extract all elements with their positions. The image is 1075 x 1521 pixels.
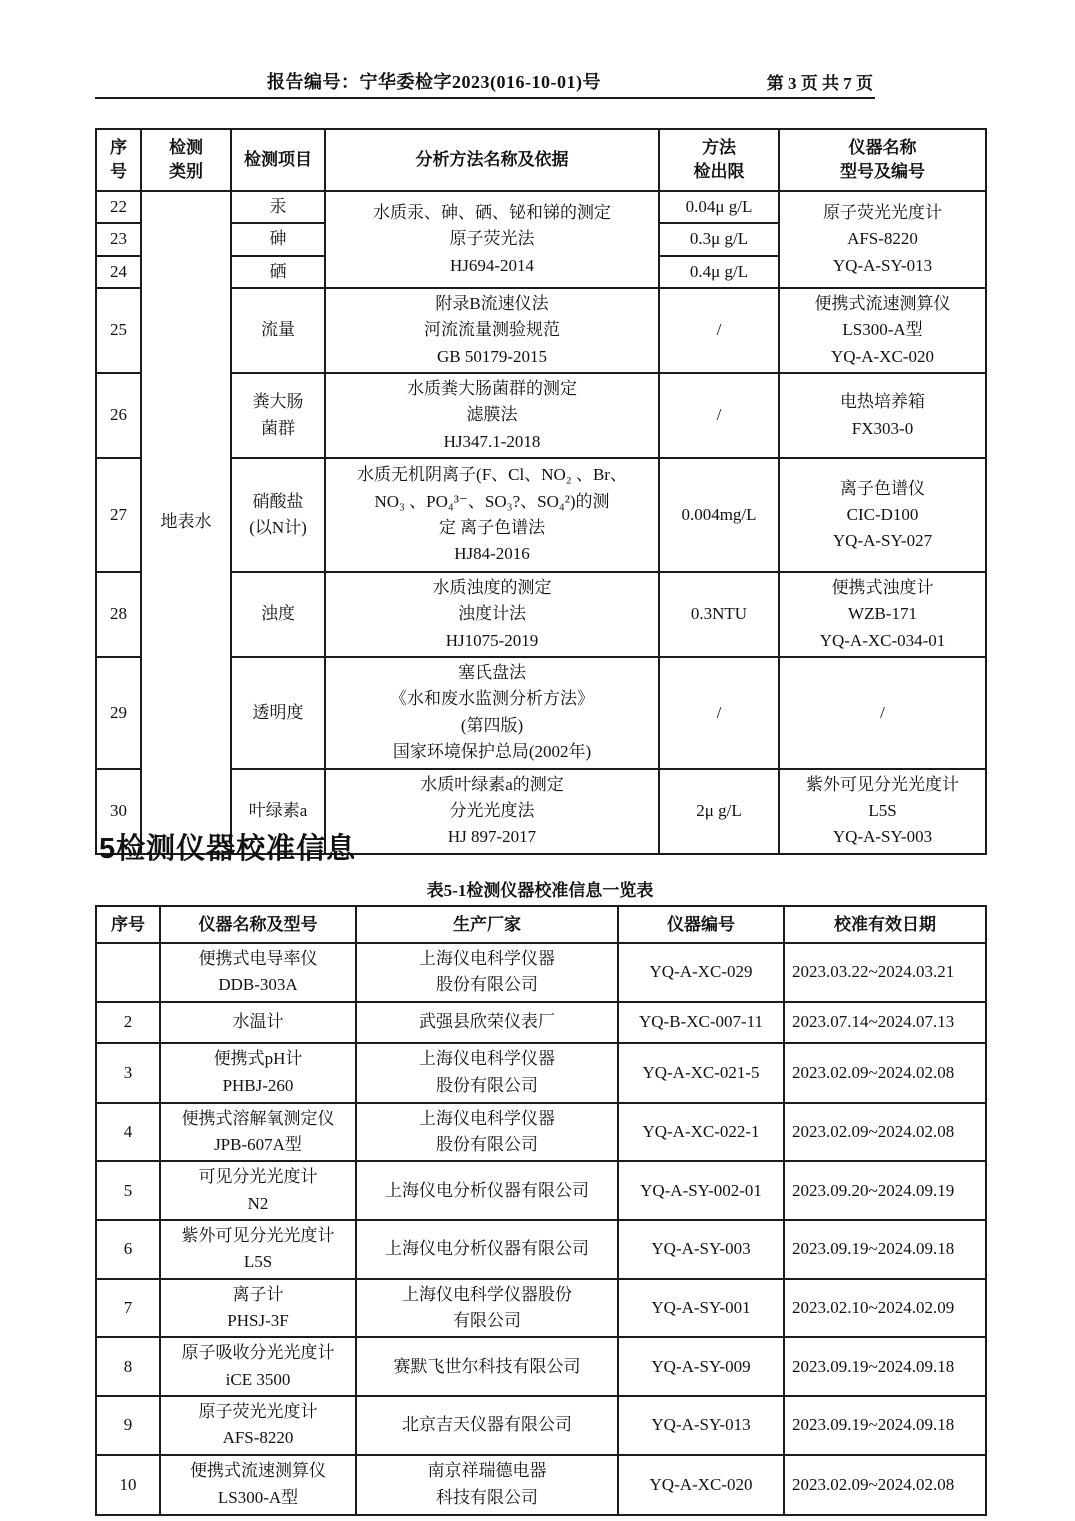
- cell-manufacturer: 武强县欣荣仪表厂: [356, 1002, 618, 1043]
- cell-no: 8: [96, 1337, 160, 1396]
- cell-valid-date: 2023.02.10~2024.02.09: [784, 1279, 986, 1338]
- cell-serial: YQ-A-SY-002-01: [618, 1161, 784, 1220]
- col-header-limit: 方法 检出限: [659, 129, 779, 191]
- cell-serial: YQ-B-XC-007-11: [618, 1002, 784, 1043]
- table-header-row: 序 号 检测 类别 检测项目 分析方法名称及依据 方法 检出限 仪器名称 型号及…: [96, 129, 986, 191]
- table-header-row: 序号 仪器名称及型号 生产厂家 仪器编号 校准有效日期: [96, 906, 986, 943]
- cell-instrument-name: 便携式pH计 PHBJ-260: [160, 1043, 356, 1103]
- cell-instrument: 电热培养箱 FX303-0: [779, 373, 986, 458]
- cell-method: 水质无机阴离子(F、Cl、NO₂ 、Br、 NO₃ 、PO₄³⁻、SO₃?、SO…: [325, 458, 659, 572]
- cell-serial: YQ-A-SY-003: [618, 1220, 784, 1279]
- table-row-2: 2 水温计 武强县欣荣仪表厂 YQ-B-XC-007-11 2023.07.14…: [96, 1002, 986, 1043]
- cell-serial: YQ-A-SY-009: [618, 1337, 784, 1396]
- cell-limit: 0.3NTU: [659, 572, 779, 657]
- cell-limit: /: [659, 657, 779, 768]
- cell-manufacturer: 上海仪电分析仪器有限公司: [356, 1161, 618, 1220]
- col-header-no: 序号: [96, 906, 160, 943]
- calibration-table: 序号 仪器名称及型号 生产厂家 仪器编号 校准有效日期 便携式电导率仪 DDB-…: [95, 905, 987, 1516]
- cell-method: 附录B流速仪法 河流流量测验规范 GB 50179-2015: [325, 288, 659, 373]
- cell-no: 29: [96, 657, 141, 768]
- detection-method-table: 序 号 检测 类别 检测项目 分析方法名称及依据 方法 检出限 仪器名称 型号及…: [95, 128, 987, 855]
- cell-limit: 0.04μ g/L: [659, 191, 779, 223]
- cell-no: 10: [96, 1455, 160, 1515]
- cell-instrument-name: 水温计: [160, 1002, 356, 1043]
- cell-instrument-name: 原子吸收分光光度计 iCE 3500: [160, 1337, 356, 1396]
- cell-valid-date: 2023.02.09~2024.02.08: [784, 1103, 986, 1162]
- table-row-9: 9 原子荧光光度计 AFS-8220 北京吉天仪器有限公司 YQ-A-SY-01…: [96, 1396, 986, 1455]
- cell-no: 5: [96, 1161, 160, 1220]
- cell-instrument-name: 离子计 PHSJ-3F: [160, 1279, 356, 1338]
- table-row-1: 便携式电导率仪 DDB-303A 上海仪电科学仪器 股份有限公司 YQ-A-XC…: [96, 943, 986, 1002]
- cell-limit: 2μ g/L: [659, 769, 779, 854]
- cell-item: 浊度: [231, 572, 325, 657]
- cell-instrument-name: 便携式溶解氧测定仪 JPB-607A型: [160, 1103, 356, 1162]
- cell-instrument: 原子荧光光度计 AFS-8220 YQ-A-SY-013: [779, 191, 986, 288]
- cell-serial: YQ-A-SY-013: [618, 1396, 784, 1455]
- cell-limit: 0.004mg/L: [659, 458, 779, 572]
- cell-no: 6: [96, 1220, 160, 1279]
- table-row-7: 7 离子计 PHSJ-3F 上海仪电科学仪器股份 有限公司 YQ-A-SY-00…: [96, 1279, 986, 1338]
- report-page: 报告编号：宁华委检字2023(016-10-01)号 第 3 页 共 7 页 序…: [0, 0, 1075, 1521]
- cell-no: 23: [96, 223, 141, 255]
- cell-serial: YQ-A-XC-029: [618, 943, 784, 1002]
- cell-valid-date: 2023.02.09~2024.02.08: [784, 1455, 986, 1515]
- cell-item: 汞: [231, 191, 325, 223]
- cell-item: 透明度: [231, 657, 325, 768]
- cell-instrument-name: 便携式流速测算仪 LS300-A型: [160, 1455, 356, 1515]
- cell-no: 27: [96, 458, 141, 572]
- cell-limit: 0.4μ g/L: [659, 256, 779, 288]
- cell-manufacturer: 上海仪电科学仪器 股份有限公司: [356, 1043, 618, 1103]
- cell-manufacturer: 上海仪电分析仪器有限公司: [356, 1220, 618, 1279]
- cell-item: 流量: [231, 288, 325, 373]
- col-header-method: 分析方法名称及依据: [325, 129, 659, 191]
- cell-no: 4: [96, 1103, 160, 1162]
- cell-valid-date: 2023.02.09~2024.02.08: [784, 1043, 986, 1103]
- col-header-instrument-name: 仪器名称及型号: [160, 906, 356, 943]
- cell-method: 水质叶绿素a的测定 分光光度法 HJ 897-2017: [325, 769, 659, 854]
- cell-valid-date: 2023.07.14~2024.07.13: [784, 1002, 986, 1043]
- cell-manufacturer: 上海仪电科学仪器 股份有限公司: [356, 943, 618, 1002]
- table-row-3: 3 便携式pH计 PHBJ-260 上海仪电科学仪器 股份有限公司 YQ-A-X…: [96, 1043, 986, 1103]
- col-header-manufacturer: 生产厂家: [356, 906, 618, 943]
- cell-category: 地表水: [141, 191, 231, 854]
- cell-manufacturer: 北京吉天仪器有限公司: [356, 1396, 618, 1455]
- cell-serial: YQ-A-XC-022-1: [618, 1103, 784, 1162]
- cell-valid-date: 2023.03.22~2024.03.21: [784, 943, 986, 1002]
- cell-method: 水质汞、砷、硒、铋和锑的测定 原子荧光法 HJ694-2014: [325, 191, 659, 288]
- cell-serial: YQ-A-XC-021-5: [618, 1043, 784, 1103]
- cell-no: 24: [96, 256, 141, 288]
- cell-no: 2: [96, 1002, 160, 1043]
- cell-instrument-name: 可见分光光度计 N2: [160, 1161, 356, 1220]
- cell-valid-date: 2023.09.19~2024.09.18: [784, 1337, 986, 1396]
- cell-no: [96, 943, 160, 1002]
- cell-serial: YQ-A-XC-020: [618, 1455, 784, 1515]
- col-header-category: 检测 类别: [141, 129, 231, 191]
- table-row-4: 4 便携式溶解氧测定仪 JPB-607A型 上海仪电科学仪器 股份有限公司 YQ…: [96, 1103, 986, 1162]
- col-header-serial: 仪器编号: [618, 906, 784, 943]
- page-header: 报告编号：宁华委检字2023(016-10-01)号 第 3 页 共 7 页: [95, 60, 875, 99]
- cell-no: 9: [96, 1396, 160, 1455]
- cell-limit: 0.3μ g/L: [659, 223, 779, 255]
- cell-serial: YQ-A-SY-001: [618, 1279, 784, 1338]
- cell-item: 砷: [231, 223, 325, 255]
- cell-valid-date: 2023.09.19~2024.09.18: [784, 1396, 986, 1455]
- cell-method: 水质粪大肠菌群的测定 滤膜法 HJ347.1-2018: [325, 373, 659, 458]
- table-caption: 表5-1检测仪器校准信息一览表: [95, 876, 985, 901]
- col-header-no: 序 号: [96, 129, 141, 191]
- table-row-10: 10 便携式流速测算仪 LS300-A型 南京祥瑞德电器 科技有限公司 YQ-A…: [96, 1455, 986, 1515]
- cell-valid-date: 2023.09.20~2024.09.19: [784, 1161, 986, 1220]
- cell-instrument: /: [779, 657, 986, 768]
- cell-instrument: 离子色谱仪 CIC-D100 YQ-A-SY-027: [779, 458, 986, 572]
- table-row-5: 5 可见分光光度计 N2 上海仪电分析仪器有限公司 YQ-A-SY-002-01…: [96, 1161, 986, 1220]
- cell-instrument-name: 紫外可见分光光度计 L5S: [160, 1220, 356, 1279]
- cell-limit: /: [659, 288, 779, 373]
- cell-item: 粪大肠 菌群: [231, 373, 325, 458]
- cell-item: 硒: [231, 256, 325, 288]
- col-header-valid-date: 校准有效日期: [784, 906, 986, 943]
- page-number: 第 3 页 共 7 页: [767, 69, 873, 94]
- col-header-instrument: 仪器名称 型号及编号: [779, 129, 986, 191]
- cell-limit: /: [659, 373, 779, 458]
- section-title: 5检测仪器校准信息: [99, 826, 356, 867]
- cell-no: 25: [96, 288, 141, 373]
- cell-item: 硝酸盐 (以N计): [231, 458, 325, 572]
- cell-no: 7: [96, 1279, 160, 1338]
- cell-instrument: 紫外可见分光光度计 L5S YQ-A-SY-003: [779, 769, 986, 854]
- cell-instrument-name: 原子荧光光度计 AFS-8220: [160, 1396, 356, 1455]
- cell-manufacturer: 南京祥瑞德电器 科技有限公司: [356, 1455, 618, 1515]
- cell-no: 26: [96, 373, 141, 458]
- cell-manufacturer: 上海仪电科学仪器 股份有限公司: [356, 1103, 618, 1162]
- report-number: 报告编号：宁华委检字2023(016-10-01)号: [267, 68, 601, 94]
- table-row-22: 22 地表水 汞 水质汞、砷、硒、铋和锑的测定 原子荧光法 HJ694-2014…: [96, 191, 986, 223]
- cell-instrument-name: 便携式电导率仪 DDB-303A: [160, 943, 356, 1002]
- cell-no: 3: [96, 1043, 160, 1103]
- cell-no: 28: [96, 572, 141, 657]
- cell-valid-date: 2023.09.19~2024.09.18: [784, 1220, 986, 1279]
- cell-instrument: 便携式浊度计 WZB-171 YQ-A-XC-034-01: [779, 572, 986, 657]
- col-header-item: 检测项目: [231, 129, 325, 191]
- cell-instrument: 便携式流速测算仪 LS300-A型 YQ-A-XC-020: [779, 288, 986, 373]
- cell-method: 水质浊度的测定 浊度计法 HJ1075-2019: [325, 572, 659, 657]
- cell-manufacturer: 上海仪电科学仪器股份 有限公司: [356, 1279, 618, 1338]
- table-row-8: 8 原子吸收分光光度计 iCE 3500 赛默飞世尔科技有限公司 YQ-A-SY…: [96, 1337, 986, 1396]
- table-row-6: 6 紫外可见分光光度计 L5S 上海仪电分析仪器有限公司 YQ-A-SY-003…: [96, 1220, 986, 1279]
- cell-method: 塞氏盘法 《水和废水监测分析方法》 (第四版) 国家环境保护总局(2002年): [325, 657, 659, 768]
- cell-manufacturer: 赛默飞世尔科技有限公司: [356, 1337, 618, 1396]
- cell-no: 22: [96, 191, 141, 223]
